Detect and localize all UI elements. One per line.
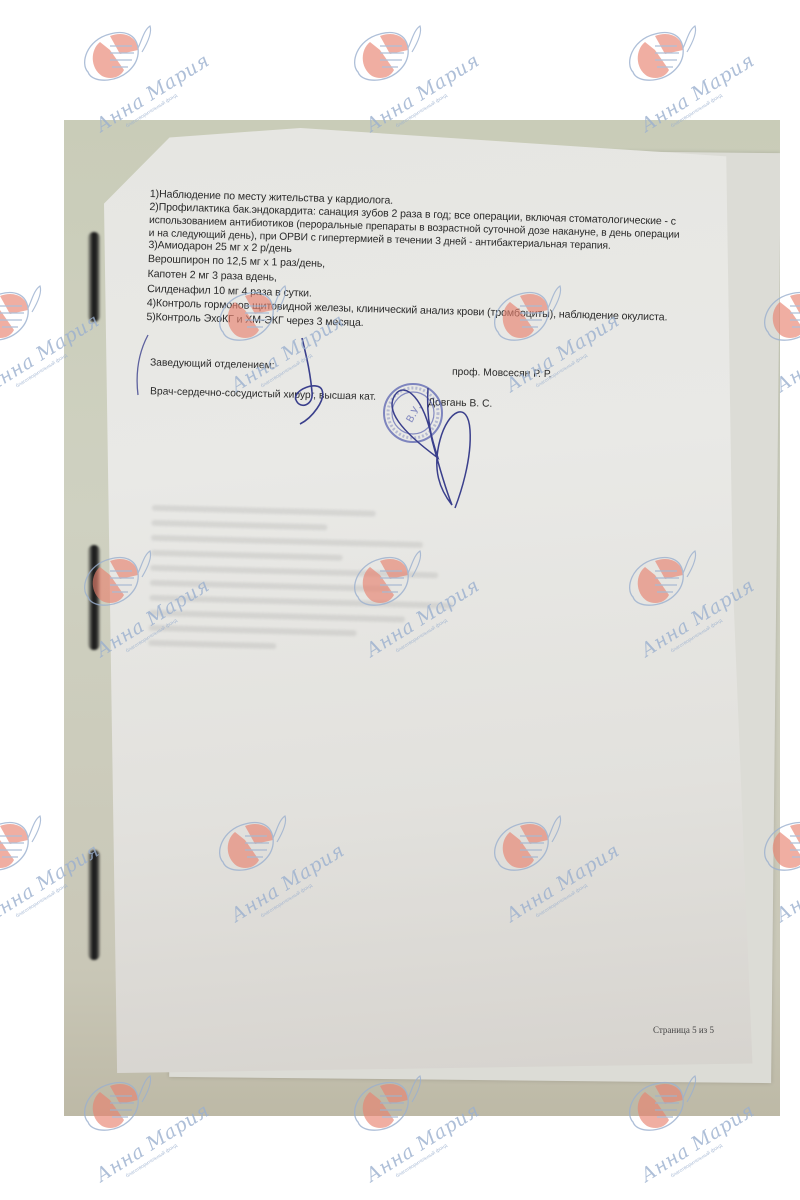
heart-hand-logo-icon (0, 810, 50, 880)
page-number: Страница 5 из 5 (653, 1025, 714, 1035)
watermark-subtitle: благотворительный фонд (395, 1143, 449, 1180)
bleed-through-text (148, 496, 472, 663)
round-stamp-icon: В.У. (382, 382, 444, 444)
punch-hole-mark (88, 232, 100, 322)
heart-hand-logo-icon (625, 20, 705, 90)
watermark-subtitle: благотворительный фонд (15, 883, 69, 920)
punch-hole-mark (88, 850, 100, 960)
watermark-subtitle: благотворительный фонд (670, 1143, 724, 1180)
svg-text:В.У.: В.У. (405, 403, 424, 425)
heart-hand-logo-icon (350, 20, 430, 90)
watermark-subtitle: благотворительный фонд (15, 353, 69, 390)
watermark-subtitle: благотворительный фонд (125, 1143, 179, 1180)
heart-hand-logo-icon (80, 20, 160, 90)
punch-hole-mark (88, 545, 100, 650)
recommendations-text: 1)Наблюдение по месту жительства у карди… (146, 188, 710, 340)
heart-hand-logo-icon (0, 280, 50, 350)
